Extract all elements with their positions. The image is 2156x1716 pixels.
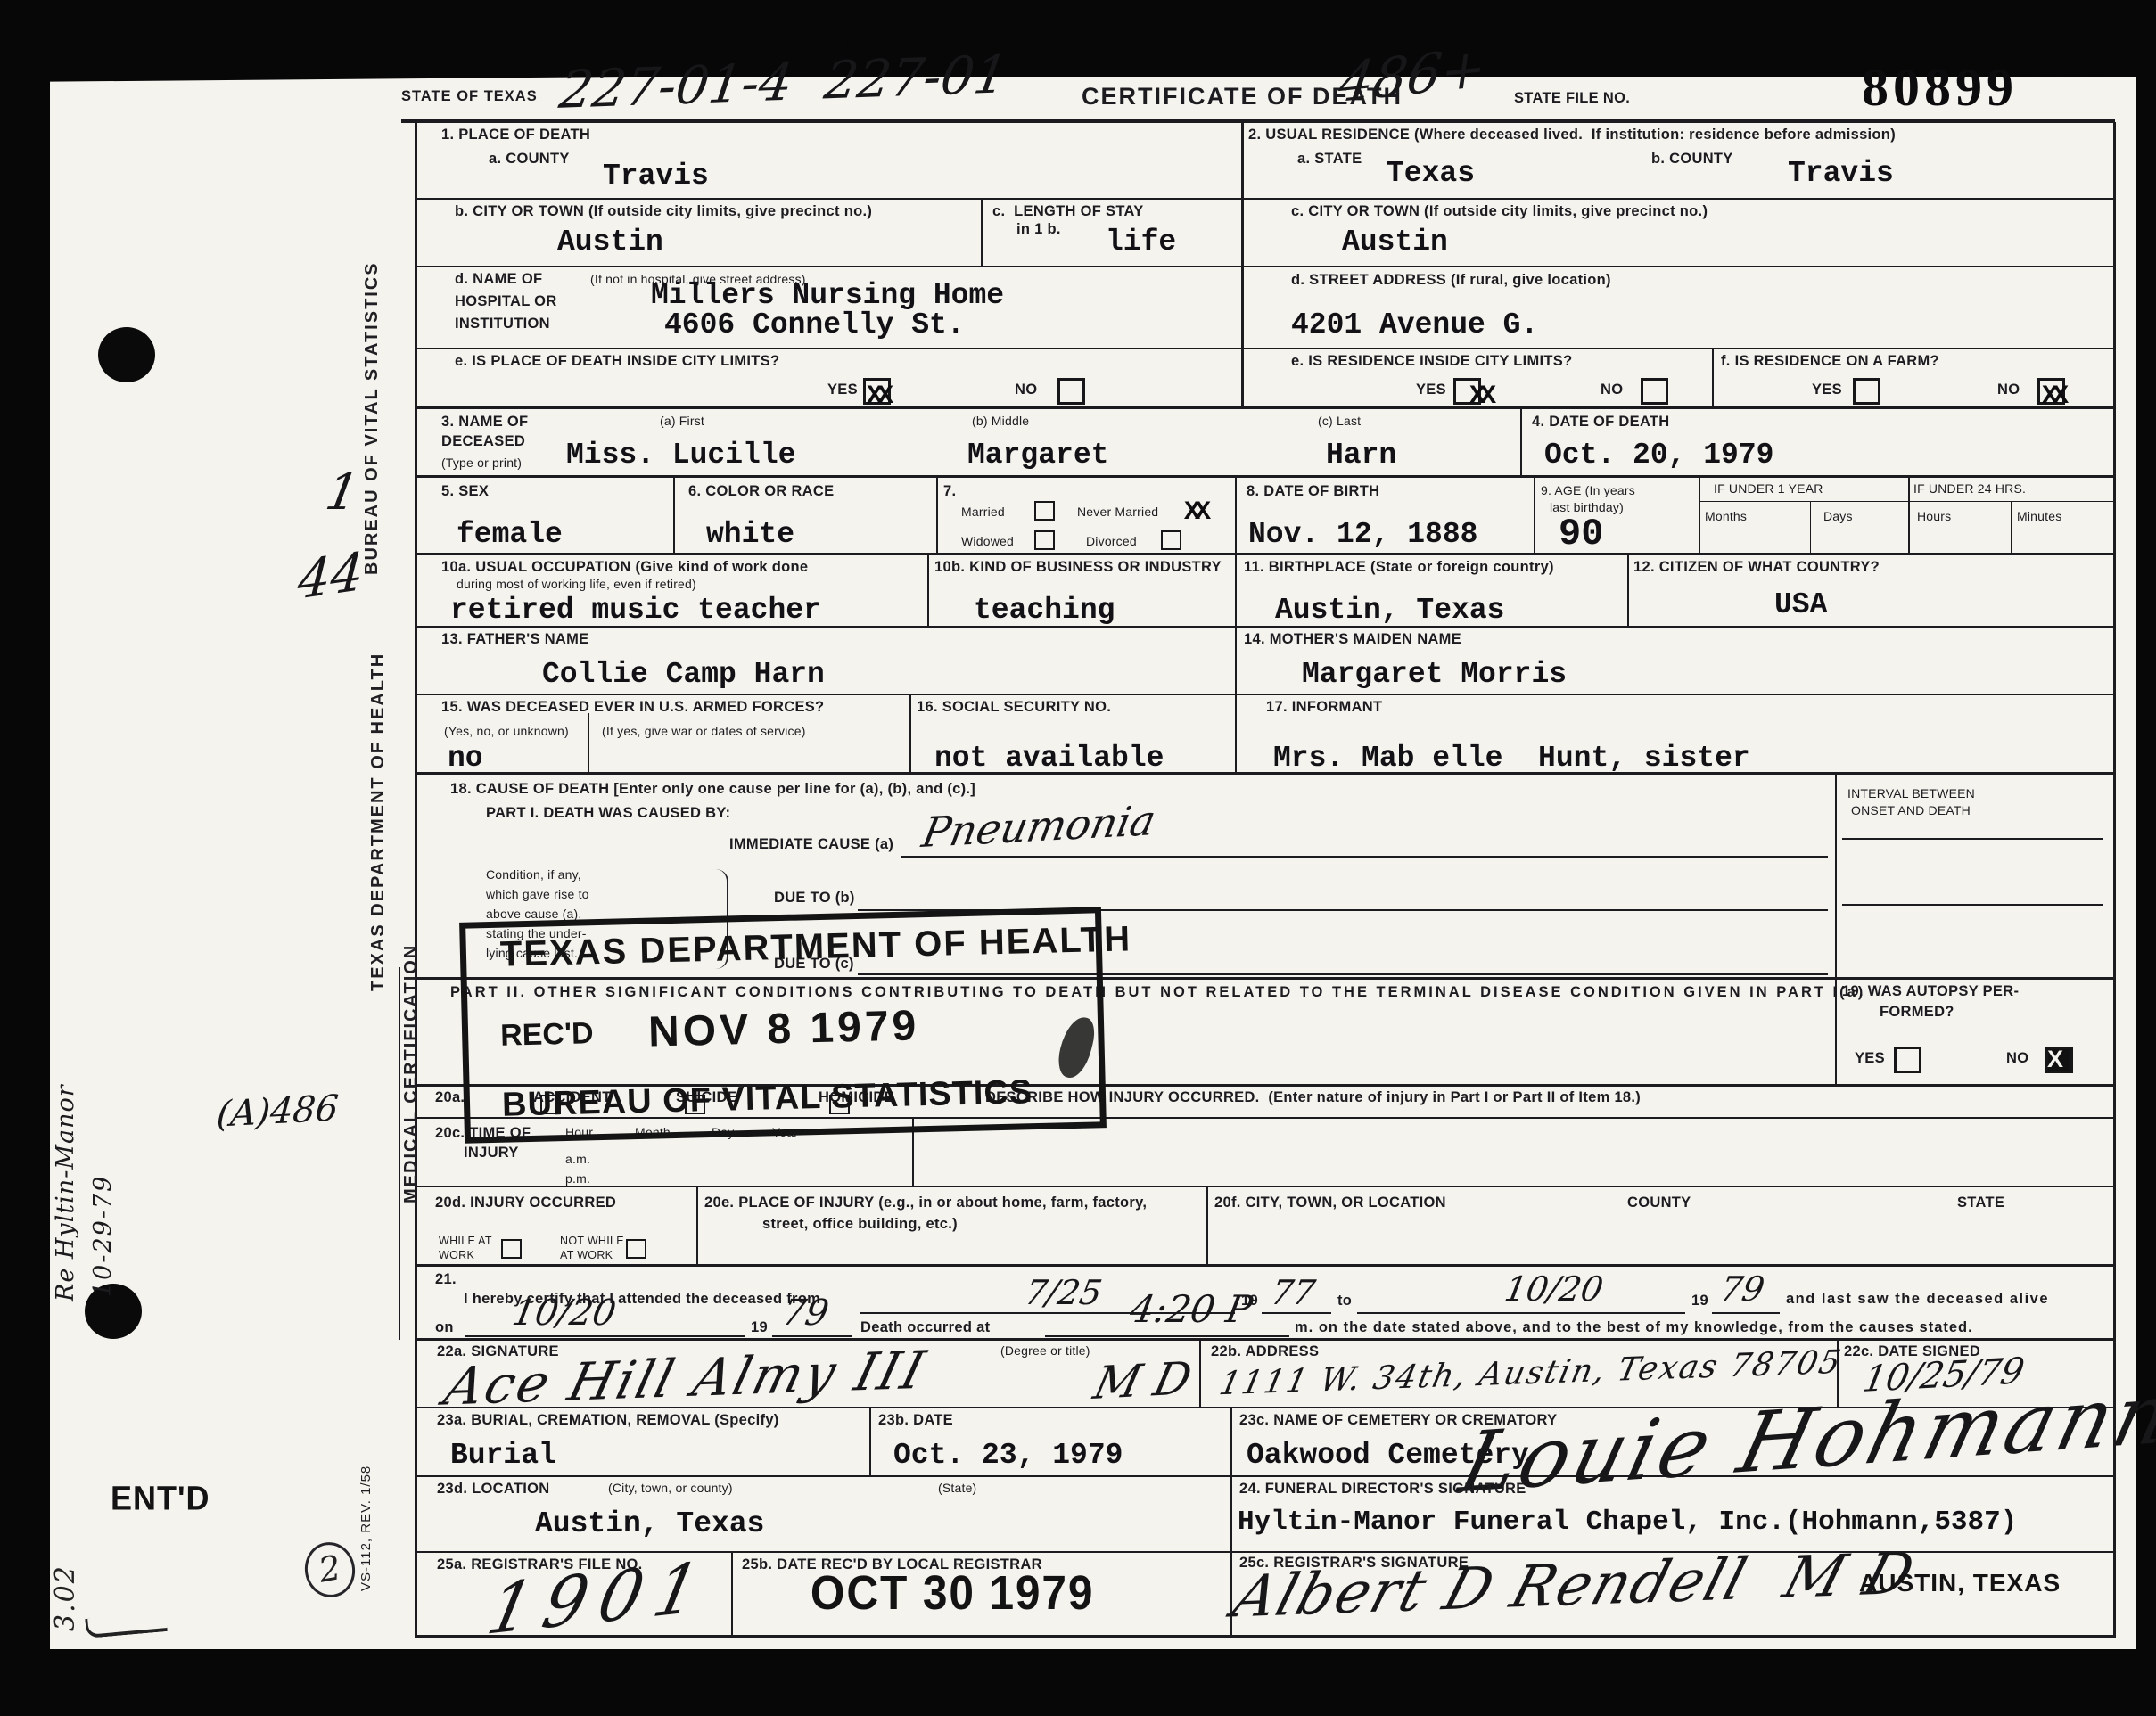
sec14-value: Margaret Morris: [1302, 660, 1567, 689]
grid-line: [415, 266, 2113, 267]
sec1-yes-label: YES: [827, 382, 858, 399]
grid-line: [415, 348, 2113, 349]
sec3-title1: 3. NAME OF: [441, 414, 528, 431]
days-label: Days: [1823, 509, 1853, 524]
sec19-yes-checkbox: [1894, 1047, 1921, 1073]
margin-medical-vertical: MEDICAL CERTIFICATION: [401, 965, 422, 1203]
sec19-no-label: NO: [2006, 1050, 2028, 1068]
sec4-dod-label: 4. DATE OF DEATH: [1532, 414, 1670, 431]
sec1-hospital-label3: INSTITUTION: [455, 316, 550, 333]
sec21-text2: and last saw the deceased alive: [1786, 1291, 2049, 1309]
sec18-title: 18. CAUSE OF DEATH [Enter only one cause…: [450, 781, 975, 799]
sec15-value: no: [448, 743, 483, 773]
state-column-label: STATE: [1957, 1195, 2004, 1212]
sec1-stay-value: life: [1106, 227, 1176, 257]
grid-line: [415, 406, 2113, 409]
sec19-label1: 19. WAS AUTOPSY PER-: [1842, 983, 2019, 1001]
sec18-cond1: Condition, if any,: [486, 867, 581, 883]
sec6-race-value: white: [706, 520, 794, 549]
sec2-street-value: 4201 Avenue G.: [1291, 310, 1538, 340]
grid-line: [415, 1338, 2113, 1341]
divider: [2011, 501, 2012, 553]
sec3-first-value: Miss. Lucille: [566, 440, 795, 470]
header-rule: [401, 119, 2115, 123]
sec13-label: 13. FATHER'S NAME: [441, 631, 589, 649]
sec23a-label: 23a. BURIAL, CREMATION, REMOVAL (Specify…: [437, 1412, 779, 1430]
divider: [1235, 694, 1237, 772]
divider: [869, 1407, 871, 1475]
circled-two-digit: 2: [316, 1548, 343, 1590]
divider: [1230, 1407, 1232, 1637]
divider: [909, 694, 911, 772]
sec1-county-label: a. COUNTY: [489, 151, 570, 168]
sec3-note: (Type or print): [441, 456, 522, 471]
sec18-due-b-label: DUE TO (b): [774, 890, 855, 907]
sec11-label: 11. BIRTHPLACE (State or foreign country…: [1244, 559, 1554, 577]
cause-a-line: [901, 856, 1828, 858]
divider: [1835, 772, 1837, 1084]
sec23b-value: Oct. 23, 1979: [893, 1441, 1123, 1470]
not-while-label1: NOT WHILE: [560, 1235, 624, 1248]
hand-on-year: 79: [779, 1293, 832, 1334]
divider: [1712, 348, 1714, 406]
form-code-vertical: VS-112, REV. 1/58: [358, 1444, 374, 1591]
sec16-value: not available: [934, 743, 1164, 773]
not-while-at-work-checkbox: [626, 1239, 646, 1259]
months-label: Months: [1705, 509, 1747, 524]
divider: [1206, 1186, 1208, 1264]
sec15-label: 15. WAS DECEASED EVER IN U.S. ARMED FORC…: [441, 699, 824, 717]
sec1-stay-label: c. LENGTH OF STAY: [992, 203, 1144, 221]
county-column-label: COUNTY: [1627, 1195, 1691, 1212]
sec13-value: Collie Camp Harn: [542, 660, 825, 689]
sec1-hospital-label1: d. NAME OF: [455, 271, 542, 289]
sec7-widowed-label: Widowed: [961, 534, 1014, 549]
while-at-label2: WORK: [439, 1249, 474, 1262]
minutes-label: Minutes: [2017, 509, 2061, 524]
degree-title-label: (Degree or title): [1000, 1343, 1090, 1359]
sec21-on: on: [435, 1319, 454, 1337]
divider: [1235, 553, 1237, 626]
sec3-last-label: (c) Last: [1318, 414, 1361, 429]
interval-line-a: [1842, 838, 2103, 840]
interval-line-b: [1842, 904, 2103, 906]
sec2-farm-label: f. IS RESIDENCE ON A FARM?: [1721, 353, 1939, 371]
sec1-city-label: b. CITY OR TOWN (If outside city limits,…: [455, 203, 872, 221]
sec21-19c: 19: [751, 1319, 768, 1337]
sec1-stay-label2: in 1 b.: [1016, 221, 1061, 239]
certify-line4: [1045, 1335, 1289, 1337]
certify-line2b: [1712, 1312, 1780, 1314]
sec17-value: Mrs. Mab elle Hunt, sister: [1273, 743, 1750, 773]
grid-line: [415, 694, 2113, 695]
sec20f-label: 20f. CITY, TOWN, OR LOCATION: [1214, 1195, 1446, 1212]
sec23d-note1: (City, town, or county): [608, 1481, 733, 1496]
sec21-text4: m. on the date stated above, and to the …: [1295, 1319, 1973, 1337]
sec2-farm-yes-label: YES: [1812, 382, 1842, 399]
hand-302-vertical: 3.02: [50, 1560, 81, 1631]
death-certificate-scan: STATE OF TEXAS 227-01-4 227-01 CERTIFICA…: [0, 0, 2156, 1716]
sec7-never-married-label: Never Married: [1077, 505, 1158, 520]
hand-attended-from: 7/25: [1022, 1273, 1105, 1312]
divider: [1235, 626, 1237, 694]
sec7-divorced-label: Divorced: [1086, 534, 1137, 549]
sec19-no-x-mark: X: [2047, 1048, 2063, 1070]
divider: [936, 475, 938, 553]
grid-line: [415, 1186, 2113, 1187]
hand-ref-date-vertical: 10-29-79: [89, 1056, 117, 1297]
sec7-never-married-xx: XX: [1184, 499, 1206, 526]
sec12-label: 12. CITIZEN OF WHAT COUNTRY?: [1633, 559, 1880, 577]
grid-line: [415, 1264, 2113, 1267]
date-received-stamp: OCT 30 1979: [811, 1565, 1094, 1621]
sec1-city-value: Austin: [557, 227, 663, 257]
sec21-number: 21.: [435, 1271, 457, 1289]
received-stamp-date: NOV 8 1979: [647, 1001, 919, 1056]
certify-line1b: [1262, 1312, 1331, 1314]
while-at-work-checkbox: [501, 1239, 522, 1259]
sec23a-value: Burial: [450, 1441, 556, 1470]
hand-ref-vertical: Re Hyltin-Manor: [52, 1034, 79, 1301]
sec1-yes-xx-mark: XX: [867, 383, 888, 410]
sec8-dob-label: 8. DATE OF BIRTH: [1247, 483, 1379, 501]
sec2-farm-no-label: NO: [1997, 382, 2020, 399]
sec12-value: USA: [1774, 590, 1827, 620]
divider: [927, 553, 929, 626]
state-of-texas-label: STATE OF TEXAS: [401, 88, 538, 106]
sec1-limits-label: e. IS PLACE OF DEATH INSIDE CITY LIMITS?: [455, 353, 779, 371]
hours-label: Hours: [1917, 509, 1951, 524]
hand-from-year: 77: [1268, 1273, 1318, 1312]
grid-line: [415, 475, 2113, 478]
sec4-dod-value: Oct. 20, 1979: [1544, 440, 1773, 470]
sec23d-value: Austin, Texas: [535, 1509, 764, 1539]
sec2-farm-yes-checkbox: [1853, 378, 1880, 405]
sec17-label: 17. INFORMANT: [1266, 699, 1382, 717]
not-while-label2: AT WORK: [560, 1249, 613, 1262]
divider: [1627, 553, 1629, 626]
hand-fortyfour: 44: [296, 540, 366, 612]
sec2-county-value: Travis: [1788, 159, 1894, 188]
sec1-hospital-addr-value: 4606 Connelly St.: [664, 310, 965, 340]
sec11-value: Austin, Texas: [1275, 595, 1504, 625]
sec2-limits-no-label: NO: [1601, 382, 1623, 399]
received-stamp-recd: REC'D: [500, 1016, 594, 1054]
sec1-county-value: Travis: [603, 161, 709, 191]
medical-bracket-line: [399, 967, 400, 1340]
sec10b-value: teaching: [974, 595, 1115, 625]
am-label: a.m.: [565, 1152, 590, 1167]
sec9-age-label1: 9. AGE (In years: [1541, 483, 1635, 498]
sec2-limits-label: e. IS RESIDENCE INSIDE CITY LIMITS?: [1291, 353, 1573, 371]
hand-a486: (A)486: [215, 1088, 340, 1135]
divider: [1520, 406, 1522, 475]
margin-dept-vertical: TEXAS DEPARTMENT OF HEALTH: [368, 733, 389, 991]
divider: [731, 1551, 733, 1637]
state-file-no-label: STATE FILE NO.: [1514, 90, 1630, 108]
certify-line3: [465, 1335, 745, 1337]
pm-label: p.m.: [565, 1171, 590, 1186]
physician-degree: M D: [1089, 1352, 1197, 1409]
divider: [1235, 475, 1237, 553]
table-border-bottom: [415, 1635, 2116, 1638]
hole-punch-top: [98, 327, 155, 382]
sec2-limits-yes-label: YES: [1416, 382, 1446, 399]
divider: [1199, 1338, 1201, 1407]
sec1-no-label: NO: [1015, 382, 1037, 399]
sec6-race-label: 6. COLOR OR RACE: [688, 483, 834, 501]
sec3-middle-value: Margaret: [967, 440, 1108, 470]
sec23d-note2: (State): [938, 1481, 976, 1496]
sec8-dob-value: Nov. 12, 1888: [1248, 520, 1477, 549]
sec21-19b: 19: [1691, 1293, 1708, 1310]
sec19-label2: FORMED?: [1880, 1004, 1954, 1022]
sec20e-label2: street, office building, etc.): [762, 1216, 958, 1234]
sec1-title: 1. PLACE OF DEATH: [441, 127, 590, 144]
under-24-hrs-label: IF UNDER 24 HRS.: [1913, 481, 2026, 497]
sec2-city-label: c. CITY OR TOWN (If outside city limits,…: [1291, 203, 1708, 221]
interval-label1: INTERVAL BETWEEN: [1847, 786, 1975, 801]
sec16-label: 16. SOCIAL SECURITY NO.: [917, 699, 1111, 717]
sec7-married-checkbox: [1034, 501, 1055, 521]
sec2-county-label: b. COUNTY: [1651, 151, 1733, 168]
state-file-number: 80899: [1862, 57, 2018, 119]
divider: [1699, 501, 2113, 502]
sec20c-label2: INJURY: [464, 1145, 519, 1162]
sec24-label: 24. FUNERAL DIRECTOR'S SIGNATURE: [1239, 1481, 1526, 1498]
sec1-no-checkbox: [1057, 378, 1085, 405]
hand-lastsaw-date: 10/20: [1502, 1269, 1606, 1309]
sec5-sex-value: female: [457, 520, 563, 549]
sec2-street-label: d. STREET ADDRESS (If rural, give locati…: [1291, 272, 1611, 290]
scan-border-left: [0, 0, 50, 1716]
sec15-note2: (If yes, give war or dates of service): [602, 724, 806, 739]
divider: [1534, 475, 1535, 553]
sec20e-label1: 20e. PLACE OF INJURY (e.g., in or about …: [704, 1195, 1147, 1212]
divider: [588, 713, 589, 772]
sec24-funeral-home-value: Hyltin-Manor Funeral Chapel, Inc.(Hohman…: [1238, 1508, 2017, 1536]
sec1-hospital-value: Millers Nursing Home: [651, 281, 1004, 310]
divider: [696, 1186, 698, 1264]
sec22b-label: 22b. ADDRESS: [1211, 1343, 1319, 1361]
sec20d-label: 20d. INJURY OCCURRED: [435, 1195, 616, 1212]
sec10a-value: retired music teacher: [450, 595, 821, 625]
sec1-hospital-label2: HOSPITAL OR: [455, 293, 557, 311]
divider: [981, 198, 983, 266]
sec3-first-label: (a) First: [660, 414, 704, 429]
sec14-label: 14. MOTHER'S MAIDEN NAME: [1244, 631, 1461, 649]
sec7-married-label: Married: [961, 505, 1005, 520]
sec3-middle-label: (b) Middle: [972, 414, 1029, 429]
sec5-sex-label: 5. SEX: [441, 483, 489, 501]
sec10a-label1: 10a. USUAL OCCUPATION (Give kind of work…: [441, 559, 808, 577]
sec18-part1: PART I. DEATH WAS CAUSED BY:: [486, 805, 730, 823]
under-1-year-label: IF UNDER 1 YEAR: [1714, 481, 1823, 497]
received-stamp-line3: BUREAU OF VITAL STATISTICS: [502, 1073, 1033, 1125]
sec2-limits-yes-xx: XX: [1469, 383, 1491, 410]
sec7-divorced-checkbox: [1161, 530, 1181, 550]
sec21-text3: Death occurred at: [860, 1319, 990, 1337]
grid-line: [415, 772, 2113, 775]
sec23d-label: 23d. LOCATION: [437, 1481, 549, 1498]
austin-texas-stamp: AUSTIN, TEXAS: [1859, 1569, 2061, 1597]
grid-line: [415, 553, 2113, 555]
sec18-immediate-label: IMMEDIATE CAUSE (a): [729, 836, 893, 854]
entd-stamp: ENT'D: [111, 1479, 210, 1518]
sec15-note1: (Yes, no, or unknown): [444, 724, 569, 739]
sec7-widowed-checkbox: [1034, 530, 1055, 550]
received-stamp-box: TEXAS DEPARTMENT OF HEALTH REC'D NOV 8 1…: [459, 907, 1107, 1144]
sec2-state-label: a. STATE: [1297, 151, 1362, 168]
sec20a-label: 20a.: [435, 1089, 465, 1107]
received-stamp-line1: TEXAS DEPARTMENT OF HEALTH: [499, 919, 1131, 974]
certify-line2: [1357, 1312, 1685, 1314]
sec2-city-value: Austin: [1342, 227, 1448, 257]
sec3-last-value: Harn: [1326, 440, 1396, 470]
grid-line: [415, 198, 2113, 200]
certify-line3b: [772, 1335, 852, 1337]
divider: [1241, 122, 1244, 408]
sec2-farm-no-xx: XX: [2042, 383, 2063, 410]
scan-border-bottom: [0, 1649, 2156, 1716]
hand-on-date: 10/20: [509, 1293, 619, 1334]
hand-death-time: 4:20 P: [1127, 1287, 1256, 1331]
sec7-label: 7.: [943, 483, 956, 501]
interval-label2: ONSET AND DEATH: [1851, 803, 1971, 818]
sec2-title: 2. USUAL RESIDENCE (Where deceased lived…: [1248, 127, 1896, 144]
sec10a-label2: during most of working life, even if ret…: [457, 577, 696, 592]
sec19-yes-label: YES: [1855, 1050, 1885, 1068]
sec2-limits-no-checkbox: [1641, 378, 1668, 405]
divider: [1908, 475, 1910, 553]
sec2-state-value: Texas: [1387, 159, 1475, 188]
while-at-label1: WHILE AT: [439, 1235, 492, 1248]
sec9-age-value: 90: [1559, 515, 1603, 553]
divider: [1810, 501, 1811, 553]
sec18-cond2: which gave rise to: [486, 887, 589, 902]
divider: [1699, 475, 1700, 553]
sec23b-label: 23b. DATE: [878, 1412, 953, 1430]
sec3-title2: DECEASED: [441, 433, 525, 451]
margin-bureau-vertical: BUREAU OF VITAL STATISTICS: [362, 330, 383, 575]
sec21-to: to: [1337, 1293, 1352, 1310]
sec10b-label: 10b. KIND OF BUSINESS OR INDUSTRY: [934, 559, 1222, 577]
divider: [673, 475, 675, 553]
hand-lastsaw-year: 79: [1717, 1269, 1767, 1309]
